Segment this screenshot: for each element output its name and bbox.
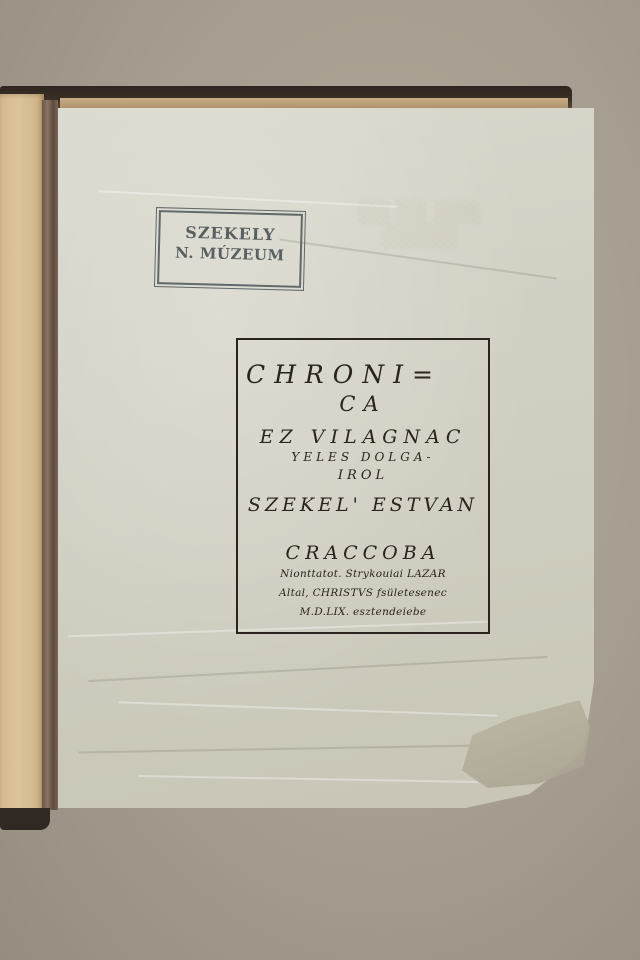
flyleaf-page: [0, 94, 44, 814]
date-line: M.D.LIX. esztendeiebe: [238, 606, 488, 618]
author-line: SZEKEL' ESTVAN: [238, 494, 488, 516]
stamp-line-2: N. MÚZEUM: [160, 243, 300, 265]
book-gutter: [42, 100, 58, 810]
place-line: CRACCOBA: [238, 542, 488, 564]
bleed-through-text: ░░ ░░ ░░░░░░░░: [310, 200, 530, 280]
title-line: CHRONI=: [238, 360, 488, 389]
title-line: IROL: [238, 468, 488, 483]
title-line: EZ VILAGNAC: [238, 426, 488, 448]
imprint-line: Altal, CHRISTVS fsületesenec: [238, 587, 488, 599]
title-line: YELES DOLGA-: [238, 450, 488, 464]
photo-scene: ░░ ░░ ░░░░░░░░ SZEKELY N. MÚZEUM CHRONI=…: [0, 0, 640, 960]
museum-stamp: SZEKELY N. MÚZEUM: [157, 210, 303, 288]
stamp-line-1: SZEKELY: [160, 222, 300, 245]
title-line: CA: [238, 392, 488, 416]
title-frame: CHRONI= CA EZ VILAGNAC YELES DOLGA- IROL…: [236, 338, 490, 634]
book-cover-corner: [0, 808, 50, 830]
imprint-line: Nionttatot. Strykouiai LAZAR: [238, 568, 488, 580]
